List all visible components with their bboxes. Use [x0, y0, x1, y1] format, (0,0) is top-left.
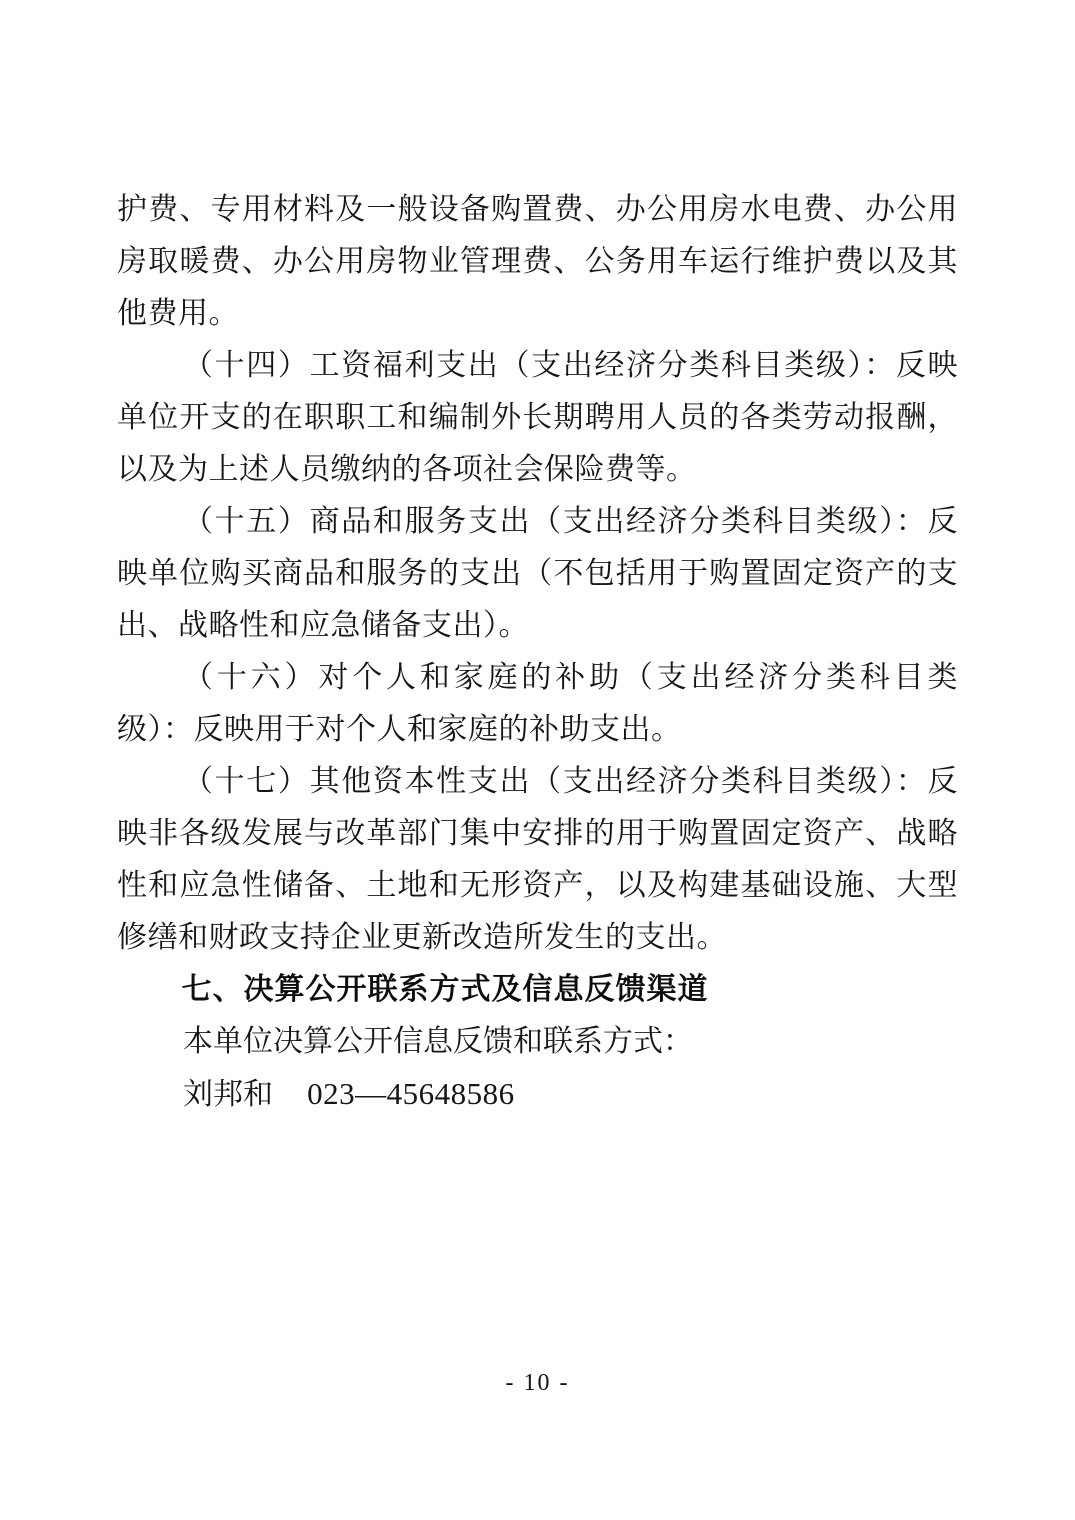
document-page: 护费、专用材料及一般设备购置费、办公用房水电费、办公用房取暖费、办公用房物业管理…: [0, 0, 1075, 1520]
contact-person-name: 刘邦和: [183, 1078, 273, 1111]
document-body: 护费、专用材料及一般设备购置费、办公用房水电费、办公用房取暖费、办公用房物业管理…: [117, 184, 958, 1121]
contact-intro-line: 本单位决算公开信息反馈和联系方式：: [117, 1016, 958, 1068]
paragraph-14-wage-welfare-expenditure: （十四）工资福利支出（支出经济分类科目类级）：反映单位开支的在职职工和编制外长期…: [117, 340, 958, 496]
contact-phone-number: 023—45648586: [307, 1076, 515, 1111]
paragraph-continuation-expense-items: 护费、专用材料及一般设备购置费、办公用房水电费、办公用房取暖费、办公用房物业管理…: [117, 184, 958, 340]
paragraph-15-goods-services-expenditure: （十五）商品和服务支出（支出经济分类科目类级）：反映单位购买商品和服务的支出（不…: [117, 496, 958, 652]
page-number: - 10 -: [0, 1370, 1075, 1397]
contact-detail-line: 刘邦和023—45648586: [117, 1068, 958, 1121]
paragraph-16-individual-family-subsidy: （十六）对个人和家庭的补助（支出经济分类科目类级）：反映用于对个人和家庭的补助支…: [117, 652, 958, 756]
paragraph-17-other-capital-expenditure: （十七）其他资本性支出（支出经济分类科目类级）：反映非各级发展与改革部门集中安排…: [117, 756, 958, 964]
section-heading-seven-contact-feedback: 七、决算公开联系方式及信息反馈渠道: [117, 964, 958, 1016]
